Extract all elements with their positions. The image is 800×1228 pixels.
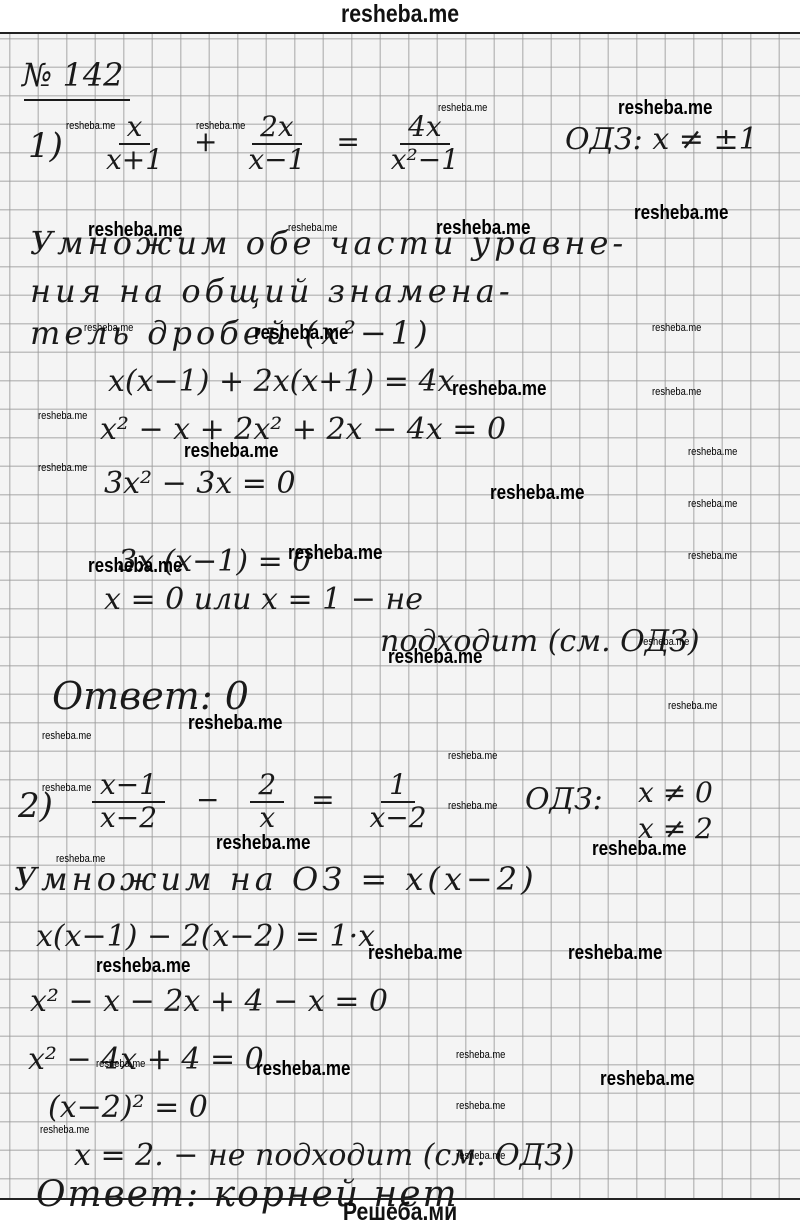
fraction-numerator: 2x <box>252 112 302 145</box>
watermark: resheba.me <box>254 322 348 345</box>
watermark: resheba.me <box>40 1124 89 1136</box>
fraction-2: 2xx−1 <box>240 112 313 176</box>
fraction-rhs: 4xx²−1 <box>383 112 467 176</box>
watermark: resheba.me <box>688 446 737 458</box>
part1-domain: ОДЗ: x ≠ ±1 <box>565 122 758 157</box>
watermark: resheba.me <box>84 322 133 334</box>
fraction-numerator: 1 <box>381 770 415 803</box>
site-banner-top: resheba.me <box>60 0 740 28</box>
watermark: resheba.me <box>66 120 115 132</box>
part1-step-3: 3x² − 3x = 0 <box>104 466 296 501</box>
operator: − <box>196 783 219 816</box>
watermark: resheba.me <box>456 1150 505 1162</box>
part1-step-2: x² − x + 2x² + 2x − 4x = 0 <box>100 412 506 447</box>
part2-step-4: (x−2)² = 0 <box>48 1090 208 1125</box>
watermark: resheba.me <box>652 322 701 334</box>
watermark: resheba.me <box>456 1049 505 1061</box>
watermark: resheba.me <box>42 730 91 742</box>
fraction-denominator: x−2 <box>92 803 165 834</box>
part2-domain-line-1: x ≠ 0 <box>638 776 713 809</box>
fraction-numerator: x <box>119 112 151 145</box>
part2-equation: x−1x−2 − 2x = 1x−2 <box>92 770 435 834</box>
watermark: resheba.me <box>288 222 337 234</box>
part2-step-3: x² − 4x + 4 = 0 <box>28 1042 264 1077</box>
watermark: resheba.me <box>216 832 310 855</box>
watermark: resheba.me <box>88 555 182 578</box>
watermark: resheba.me <box>96 955 190 978</box>
watermark: resheba.me <box>196 120 245 132</box>
watermark: resheba.me <box>288 542 382 565</box>
part2-domain-label: ОДЗ: <box>525 782 603 817</box>
fraction-denominator: x²−1 <box>383 145 467 176</box>
part1-step-5: x = 0 или x = 1 − не <box>104 582 423 617</box>
fraction-denominator: x <box>251 803 283 834</box>
part1-equation: xx+1 + 2xx−1 = 4xx²−1 <box>98 112 467 176</box>
part2-text-line: Умножим на ОЗ = x(x−2) <box>14 860 538 898</box>
watermark: resheba.me <box>436 217 530 240</box>
watermark: resheba.me <box>96 1058 145 1070</box>
part1-text-line-2: ния на общий знамена- <box>30 272 514 310</box>
watermark: resheba.me <box>568 942 662 965</box>
watermark: resheba.me <box>618 97 712 120</box>
fraction-rhs: 1x−2 <box>361 770 434 834</box>
fraction-2: 2x <box>250 770 284 834</box>
part1-label: 1) <box>28 126 63 166</box>
watermark: resheba.me <box>56 853 105 865</box>
watermark: resheba.me <box>188 712 282 735</box>
watermark: resheba.me <box>388 646 482 669</box>
watermark: resheba.me <box>688 498 737 510</box>
part1-step-1: x(x−1) + 2x(x+1) = 4x <box>108 364 454 399</box>
watermark: resheba.me <box>438 102 487 114</box>
fraction-numerator: x−1 <box>92 770 165 803</box>
watermark: resheba.me <box>634 202 728 225</box>
part2-step-1: x(x−1) − 2(x−2) = 1·x <box>36 919 375 954</box>
part2-step-2: x² − x − 2x + 4 − x = 0 <box>30 984 388 1019</box>
equals-sign: = <box>311 783 334 816</box>
watermark: resheba.me <box>668 700 717 712</box>
watermark: resheba.me <box>652 386 701 398</box>
watermark: resheba.me <box>88 219 182 242</box>
watermark: resheba.me <box>38 462 87 474</box>
fraction-denominator: x−2 <box>361 803 434 834</box>
watermark: resheba.me <box>452 378 546 401</box>
watermark: resheba.me <box>592 838 686 861</box>
fraction-denominator: x−1 <box>240 145 313 176</box>
fraction-numerator: 4x <box>400 112 450 145</box>
watermark: resheba.me <box>448 750 497 762</box>
watermark: resheba.me <box>456 1100 505 1112</box>
fraction-1: x−1x−2 <box>92 770 165 834</box>
watermark: resheba.me <box>38 410 87 422</box>
watermark: resheba.me <box>42 782 91 794</box>
site-banner-bottom: Решеба.ми <box>60 1197 740 1228</box>
watermark: resheba.me <box>490 482 584 505</box>
watermark: resheba.me <box>600 1068 694 1091</box>
watermark: resheba.me <box>368 942 462 965</box>
fraction-numerator: 2 <box>250 770 284 803</box>
watermark: resheba.me <box>640 636 689 648</box>
watermark: resheba.me <box>688 550 737 562</box>
fraction-denominator: x+1 <box>98 145 171 176</box>
watermark: resheba.me <box>184 440 278 463</box>
watermark: resheba.me <box>256 1058 350 1081</box>
problem-number: № 142 <box>22 56 124 94</box>
equals-sign: = <box>336 125 359 158</box>
problem-number-underline <box>24 99 130 101</box>
watermark: resheba.me <box>448 800 497 812</box>
